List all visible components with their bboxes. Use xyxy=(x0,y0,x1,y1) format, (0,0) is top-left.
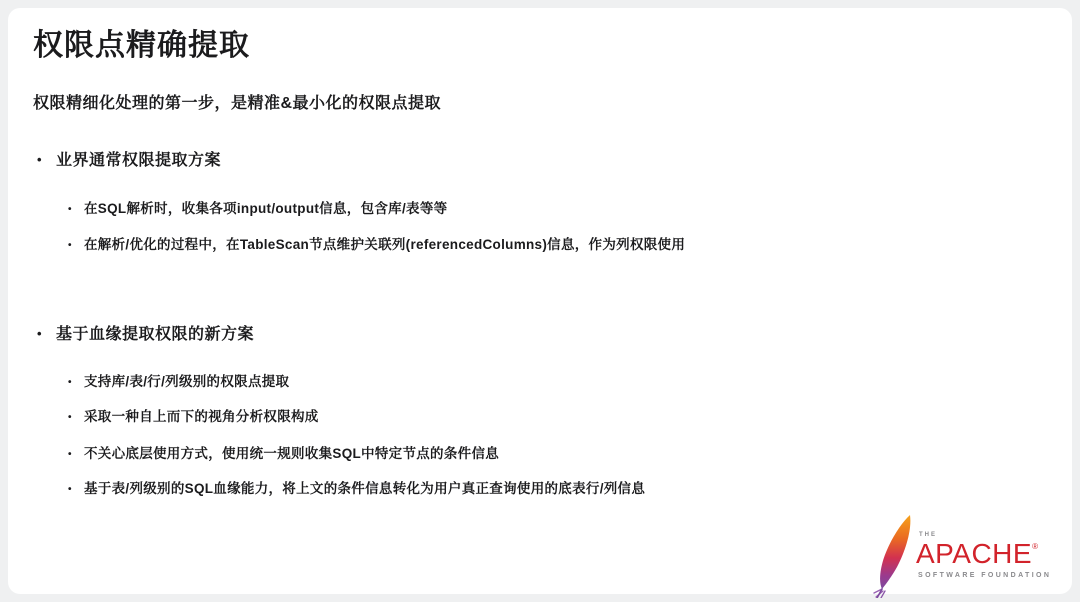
bullet-icon: • xyxy=(68,240,84,251)
bullet-icon: • xyxy=(68,412,84,423)
bullet-icon: • xyxy=(68,204,84,215)
apache-logo-tagline: SOFTWARE FOUNDATION xyxy=(918,572,1051,579)
section-1-title: 业界通常权限提取方案 xyxy=(56,152,221,169)
section-2-item-2: •采取一种自上而下的视角分析权限构成 xyxy=(68,405,319,425)
apache-feather-icon xyxy=(872,514,918,598)
bullet-icon: • xyxy=(37,152,56,167)
bullet-icon: • xyxy=(68,377,84,388)
section-1-header: •业界通常权限提取方案 xyxy=(37,147,221,170)
bullet-icon: • xyxy=(68,449,84,460)
apache-logo-text: THE APACHE® SOFTWARE FOUNDATION xyxy=(916,532,1051,579)
section-1-item-2-text: 在解析/优化的过程中，在TableScan节点维护关联列(referencedC… xyxy=(84,237,685,252)
screenshot-canvas: 权限点精确提取 权限精细化处理的第一步，是精准&最小化的权限点提取 •业界通常权… xyxy=(0,0,1080,602)
apache-wordmark: APACHE xyxy=(916,538,1032,569)
slide-subtitle: 权限精细化处理的第一步，是精准&最小化的权限点提取 xyxy=(33,90,441,113)
section-2-item-3-text: 不关心底层使用方式，使用统一规则收集SQL中特定节点的条件信息 xyxy=(84,446,499,461)
slide-title: 权限点精确提取 xyxy=(33,20,250,64)
section-1-item-1: •在SQL解析时，收集各项input/output信息，包含库/表等等 xyxy=(68,197,447,217)
section-2-item-2-text: 采取一种自上而下的视角分析权限构成 xyxy=(84,409,319,424)
section-2-item-1-text: 支持库/表/行/列级别的权限点提取 xyxy=(84,374,289,389)
section-2-item-4: •基于表/列级别的SQL血缘能力，将上文的条件信息转化为用户真正查询使用的底表行… xyxy=(68,477,645,497)
apache-logo: THE APACHE® SOFTWARE FOUNDATION xyxy=(872,514,1058,600)
slide: 权限点精确提取 权限精细化处理的第一步，是精准&最小化的权限点提取 •业界通常权… xyxy=(8,8,1072,594)
bullet-icon: • xyxy=(37,326,56,341)
section-2-title: 基于血缘提取权限的新方案 xyxy=(56,326,254,343)
section-1-item-1-text: 在SQL解析时，收集各项input/output信息，包含库/表等等 xyxy=(84,201,447,216)
section-2-item-3: •不关心底层使用方式，使用统一规则收集SQL中特定节点的条件信息 xyxy=(68,442,499,462)
section-2-item-1: •支持库/表/行/列级别的权限点提取 xyxy=(68,370,289,390)
apache-logo-name: APACHE® xyxy=(916,540,1051,568)
section-1-item-2: •在解析/优化的过程中，在TableScan节点维护关联列(referenced… xyxy=(68,233,685,253)
section-2-header: •基于血缘提取权限的新方案 xyxy=(37,321,254,344)
registered-mark: ® xyxy=(1032,542,1038,551)
section-2-item-4-text: 基于表/列级别的SQL血缘能力，将上文的条件信息转化为用户真正查询使用的底表行/… xyxy=(84,481,645,496)
bullet-icon: • xyxy=(68,484,84,495)
